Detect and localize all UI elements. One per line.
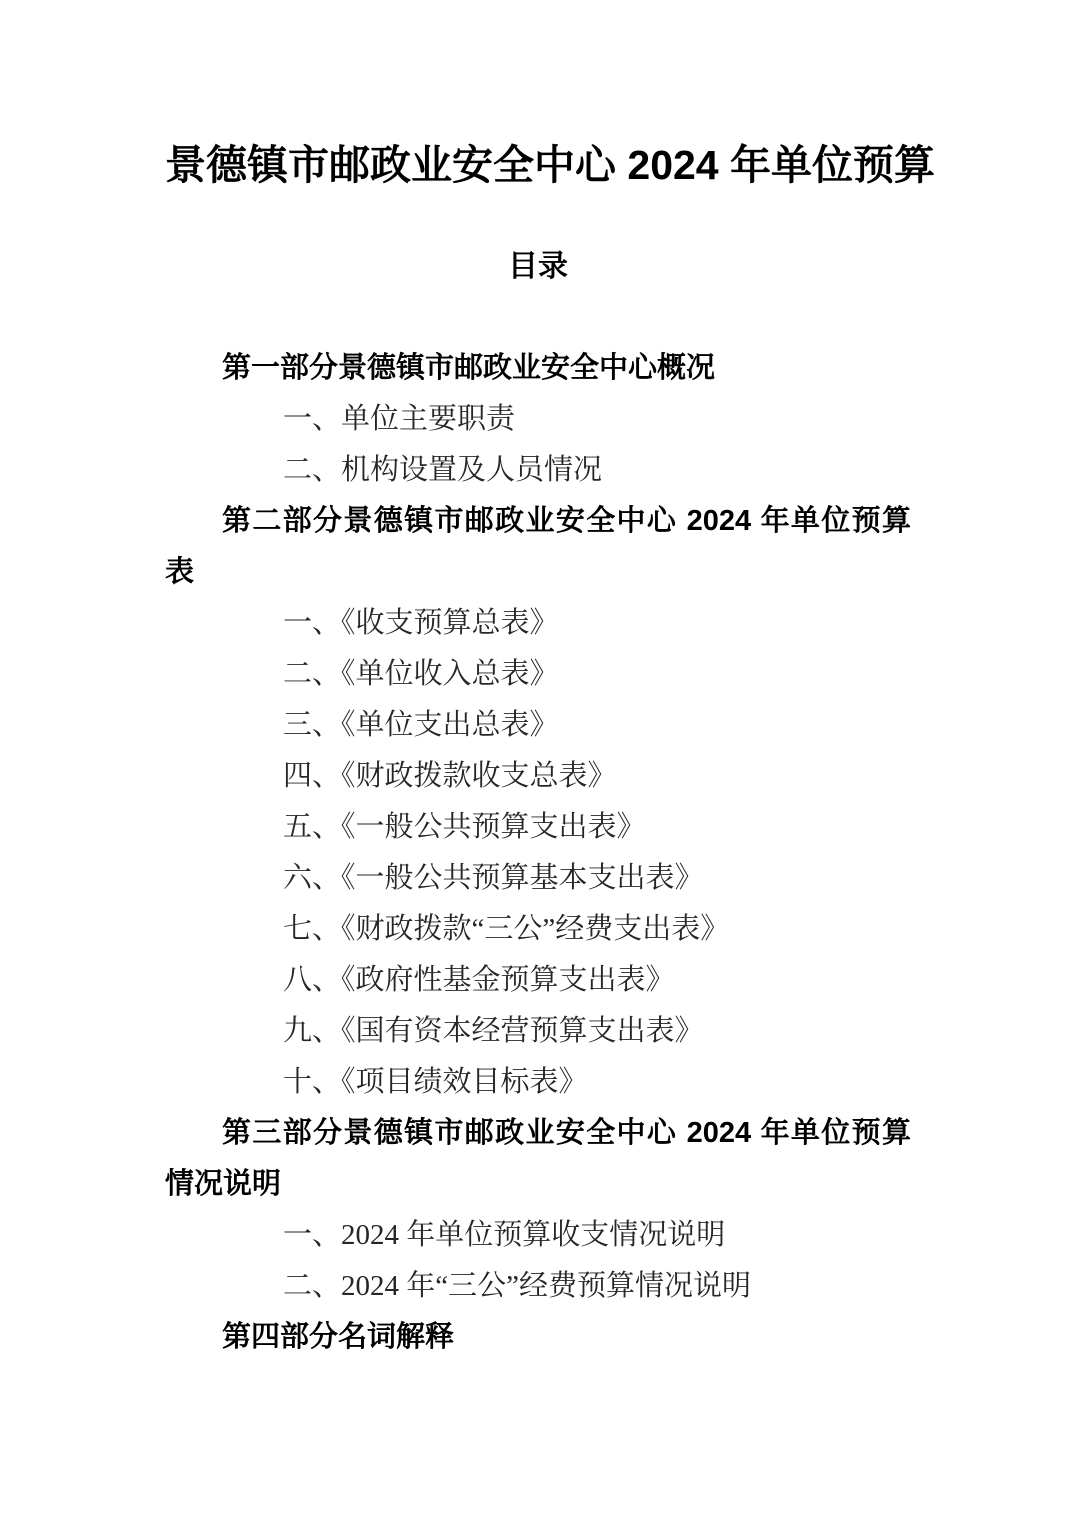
toc-item: 二、2024 年“三公”经费预算情况说明 (165, 1261, 911, 1312)
document-page: 景德镇市邮政业安全中心 2024 年单位预算 目录 第一部分景德镇市邮政业安全中… (0, 0, 1074, 1520)
toc-heading: 目录 (165, 250, 911, 283)
toc-item: 一、《收支预算总表》 (165, 598, 911, 649)
toc-part-heading: 第四部分名词解释 (165, 1312, 911, 1363)
toc-item: 五、《一般公共预算支出表》 (165, 802, 911, 853)
toc-part-heading: 第二部分景德镇市邮政业安全中心 2024 年单位预算表 (165, 496, 911, 598)
toc-part-heading: 第三部分景德镇市邮政业安全中心 2024 年单位预算情况说明 (165, 1108, 911, 1210)
toc-item: 四、《财政拨款收支总表》 (165, 751, 911, 802)
document-title: 景德镇市邮政业安全中心 2024 年单位预算 (165, 140, 911, 190)
toc-part-heading: 第一部分景德镇市邮政业安全中心概况 (165, 343, 911, 394)
toc-item: 二、《单位收入总表》 (165, 649, 911, 700)
toc-item: 七、《财政拨款“三公”经费支出表》 (165, 904, 911, 955)
toc-item: 三、《单位支出总表》 (165, 700, 911, 751)
toc-item: 八、《政府性基金预算支出表》 (165, 955, 911, 1006)
toc-item: 六、《一般公共预算基本支出表》 (165, 853, 911, 904)
table-of-contents: 第一部分景德镇市邮政业安全中心概况一、单位主要职责二、机构设置及人员情况第二部分… (165, 343, 911, 1363)
toc-item: 九、《国有资本经营预算支出表》 (165, 1006, 911, 1057)
toc-item: 一、单位主要职责 (165, 394, 911, 445)
toc-item: 二、机构设置及人员情况 (165, 445, 911, 496)
toc-item: 十、《项目绩效目标表》 (165, 1057, 911, 1108)
toc-item: 一、2024 年单位预算收支情况说明 (165, 1210, 911, 1261)
